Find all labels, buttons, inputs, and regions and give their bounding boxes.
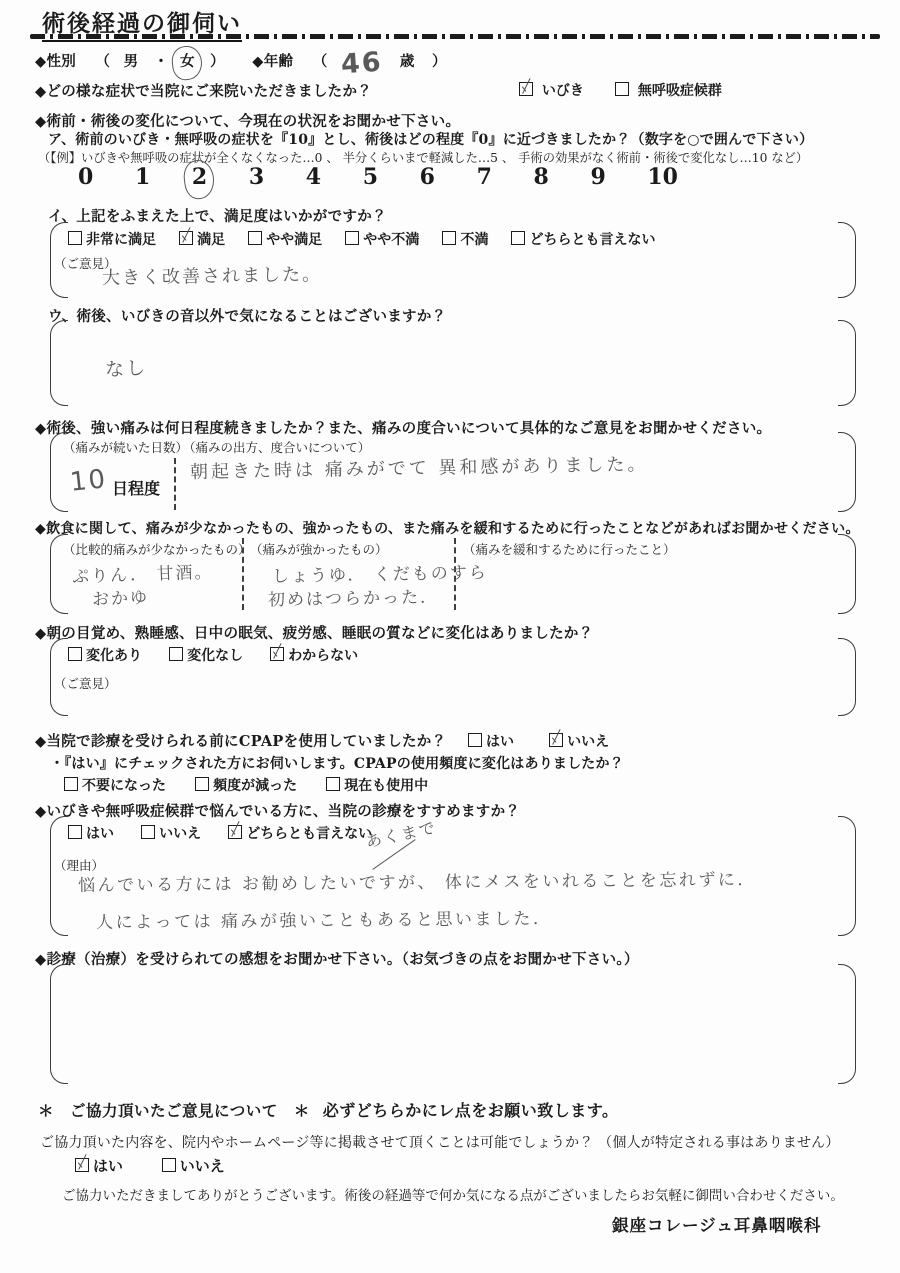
option-label: いびき bbox=[542, 83, 584, 99]
option-rec-dochira[interactable]: どちらとも言えない bbox=[228, 823, 372, 843]
age-value-handwritten[interactable]: 46 bbox=[340, 47, 384, 81]
pain-box: （痛みが続いた日数） （痛みの出方、度合いについて） 10 日程度 朝起きた時は… bbox=[50, 432, 856, 512]
gender-option-male[interactable]: 男 bbox=[124, 53, 139, 70]
option-rec-iie[interactable]: いいえ bbox=[141, 823, 201, 843]
checkbox-icon[interactable] bbox=[64, 777, 78, 791]
checkbox-icon[interactable] bbox=[549, 733, 563, 747]
pain-days-handwritten[interactable]: 10 bbox=[69, 464, 109, 498]
title-divider bbox=[30, 34, 880, 39]
cpap-options: はい いいえ bbox=[468, 731, 609, 751]
cpap-followup-options: 不要になった 頻度が減った 現在も使用中 bbox=[64, 775, 428, 795]
satisfaction-options: 非常に満足 満足 やや満足 やや不満 不満 どちらとも言えない bbox=[68, 229, 655, 249]
comment-label: （ご意見） bbox=[54, 674, 117, 692]
checkbox-icon[interactable] bbox=[519, 82, 533, 96]
reason-line1-handwritten[interactable]: 悩んでいる方には お勧めしたいですが、 体にメスをいれることを忘れずに． bbox=[78, 865, 757, 896]
scale-1[interactable]: 1 bbox=[135, 164, 150, 190]
change-heading: ◆術前・術後の変化について、今現在の状況をお聞かせ下さい。 bbox=[35, 110, 460, 131]
impression-box bbox=[50, 964, 856, 1084]
other-concern-box: なし bbox=[50, 320, 856, 406]
checkbox-icon[interactable] bbox=[162, 1158, 176, 1172]
option-mukokyuu[interactable]: 無呼吸症候群 bbox=[615, 80, 722, 100]
recommend-box: はい いいえ どちらとも言えない （理由） あくまで 悩んでいる方には お勧めし… bbox=[50, 816, 856, 936]
consent-heading-bold: 必ずどちらかにレ点をお願い致します。 bbox=[323, 1101, 619, 1120]
scale-6[interactable]: 6 bbox=[420, 164, 435, 190]
gender-option-female-circled[interactable]: 女 bbox=[180, 50, 195, 71]
checkbox-icon[interactable] bbox=[141, 825, 155, 839]
checkbox-icon[interactable] bbox=[345, 231, 359, 245]
eating-col1-label: （比較的痛みが少なかったもの） bbox=[63, 540, 251, 558]
consent-options: はい いいえ bbox=[75, 1155, 225, 1176]
scale-0[interactable]: 0 bbox=[78, 164, 93, 190]
cpap-followup: ・『はい』にチェックされた方にお伺いします。CPAPの使用頻度に変化はありました… bbox=[50, 753, 624, 773]
eating-box: （比較的痛みが少なかったもの） （痛みが強かったもの） （痛みを緩和するために行… bbox=[50, 534, 856, 614]
satisfaction-comment-handwritten[interactable]: 大きく改善されました。 bbox=[102, 260, 322, 290]
checkbox-icon[interactable] bbox=[270, 647, 284, 661]
checkbox-icon[interactable] bbox=[75, 1158, 89, 1172]
option-fuyou[interactable]: 不要になった bbox=[64, 775, 166, 795]
option-yaya-fuman[interactable]: やや不満 bbox=[345, 229, 419, 249]
scale-row: 0 1 2 3 4 5 6 7 8 9 10 bbox=[78, 164, 678, 190]
scale-3[interactable]: 3 bbox=[249, 164, 264, 190]
checkbox-icon[interactable] bbox=[68, 825, 82, 839]
change-sub-a: ア、術前のいびき・無呼吸の症状を『10』とし、術後はどの程度『0』に近づきました… bbox=[48, 129, 813, 149]
checkbox-icon[interactable] bbox=[68, 231, 82, 245]
sleep-box: 変化あり 変化なし わからない （ご意見） bbox=[50, 638, 856, 716]
pain-days-unit: 日程度 bbox=[112, 476, 160, 499]
scale-2-circled[interactable]: 2 bbox=[192, 164, 207, 190]
option-consent-hai[interactable]: はい bbox=[75, 1155, 123, 1176]
consent-heading-prefix: ＊ ご協力頂いたご意見について ＊ bbox=[38, 1101, 310, 1120]
option-genzai-shiyou[interactable]: 現在も使用中 bbox=[326, 775, 428, 795]
consent-question: ご協力頂いた内容を、院内やホームページ等に掲載させて頂くことは可能でしょうか？ … bbox=[40, 1132, 840, 1152]
scale-4[interactable]: 4 bbox=[306, 164, 321, 190]
option-hijouni-manzoku[interactable]: 非常に満足 bbox=[68, 229, 156, 249]
symptom-question: ◆どの様な症状で当院にご来院いただきましたか？ bbox=[35, 80, 372, 101]
eating-col2-line2-handwritten[interactable]: 初めはつらかった． bbox=[268, 583, 439, 611]
checkbox-icon[interactable] bbox=[615, 82, 629, 96]
scale-8[interactable]: 8 bbox=[534, 164, 549, 190]
option-henka-nashi[interactable]: 変化なし bbox=[169, 645, 243, 665]
scale-5[interactable]: 5 bbox=[363, 164, 378, 190]
age-label: ◆年齢 bbox=[252, 53, 293, 70]
recommend-options: はい いいえ どちらとも言えない bbox=[68, 823, 372, 843]
thanks-note: ご協力いただきましてありがとうございます。術後の経過等で何か気になる点がございま… bbox=[62, 1184, 844, 1204]
checkbox-icon[interactable] bbox=[442, 231, 456, 245]
questionnaire-page: 術後経過の御伺い ◆性別 （ 男 ・ 女 ） ◆年齢 （ 46 歳 ） ◆どの様… bbox=[0, 0, 900, 1273]
option-cpap-iie[interactable]: いいえ bbox=[549, 731, 609, 751]
option-rec-hai[interactable]: はい bbox=[68, 823, 114, 843]
option-wakaranai[interactable]: わからない bbox=[270, 645, 358, 665]
gender-label: ◆性別 bbox=[35, 53, 76, 70]
option-label: 無呼吸症候群 bbox=[638, 83, 722, 99]
cpap-question: ◆当院で診療を受けられる前にCPAPを使用していましたか？ bbox=[35, 730, 446, 751]
option-henka-ari[interactable]: 変化あり bbox=[68, 645, 142, 665]
option-yaya-manzoku[interactable]: やや満足 bbox=[248, 229, 322, 249]
eating-divider-1 bbox=[242, 538, 244, 610]
clinic-name: 銀座コレージュ耳鼻咽喉科 bbox=[612, 1212, 821, 1236]
option-consent-iie[interactable]: いいえ bbox=[162, 1155, 225, 1176]
profile-row: ◆性別 （ 男 ・ 女 ） ◆年齢 （ 46 歳 ） bbox=[35, 48, 447, 79]
checkbox-icon[interactable] bbox=[468, 733, 482, 747]
reason-line2-handwritten[interactable]: 人によっては 痛みが強いこともあると思いました． bbox=[96, 904, 553, 933]
reason-insert-handwritten[interactable]: あくまで bbox=[363, 815, 438, 852]
sleep-options: 変化あり 変化なし わからない bbox=[68, 645, 358, 665]
option-dochira-tomo[interactable]: どちらとも言えない bbox=[511, 229, 655, 249]
checkbox-icon[interactable] bbox=[68, 647, 82, 661]
checkbox-icon[interactable] bbox=[511, 231, 525, 245]
checkbox-icon[interactable] bbox=[228, 825, 242, 839]
option-cpap-hai[interactable]: はい bbox=[468, 731, 514, 751]
checkbox-icon[interactable] bbox=[169, 647, 183, 661]
option-hindo-hetta[interactable]: 頻度が減った bbox=[195, 775, 297, 795]
pain-detail-label: （痛みの出方、度合いについて） bbox=[183, 438, 370, 456]
checkbox-icon[interactable] bbox=[195, 777, 209, 791]
pain-days-label: （痛みが続いた日数） bbox=[63, 438, 188, 456]
eating-col3-label: （痛みを緩和するために行ったこと） bbox=[463, 540, 676, 558]
option-fuman[interactable]: 不満 bbox=[442, 229, 488, 249]
scale-10[interactable]: 10 bbox=[647, 164, 678, 190]
option-manzoku[interactable]: 満足 bbox=[179, 229, 225, 249]
option-ibiki[interactable]: いびき bbox=[519, 80, 584, 100]
consent-heading: ＊ ご協力頂いたご意見について ＊ 必ずどちらかにレ点をお願い致します。 bbox=[38, 1098, 619, 1121]
checkbox-icon[interactable] bbox=[326, 777, 340, 791]
eating-col1-line2-handwritten[interactable]: おかゆ bbox=[92, 583, 150, 610]
scale-7[interactable]: 7 bbox=[477, 164, 492, 190]
pain-divider bbox=[174, 458, 176, 510]
satisfaction-box: 非常に満足 満足 やや満足 やや不満 不満 どちらとも言えない （ご意見） 大き… bbox=[50, 222, 856, 298]
scale-9[interactable]: 9 bbox=[590, 164, 605, 190]
age-unit: 歳 bbox=[400, 53, 415, 70]
other-concern-handwritten[interactable]: なし bbox=[104, 353, 147, 382]
checkbox-icon[interactable] bbox=[179, 231, 193, 245]
checkbox-icon[interactable] bbox=[248, 231, 262, 245]
symptom-options: いびき 無呼吸症候群 bbox=[519, 80, 722, 100]
eating-col2-label: （痛みが強かったもの） bbox=[250, 540, 388, 558]
